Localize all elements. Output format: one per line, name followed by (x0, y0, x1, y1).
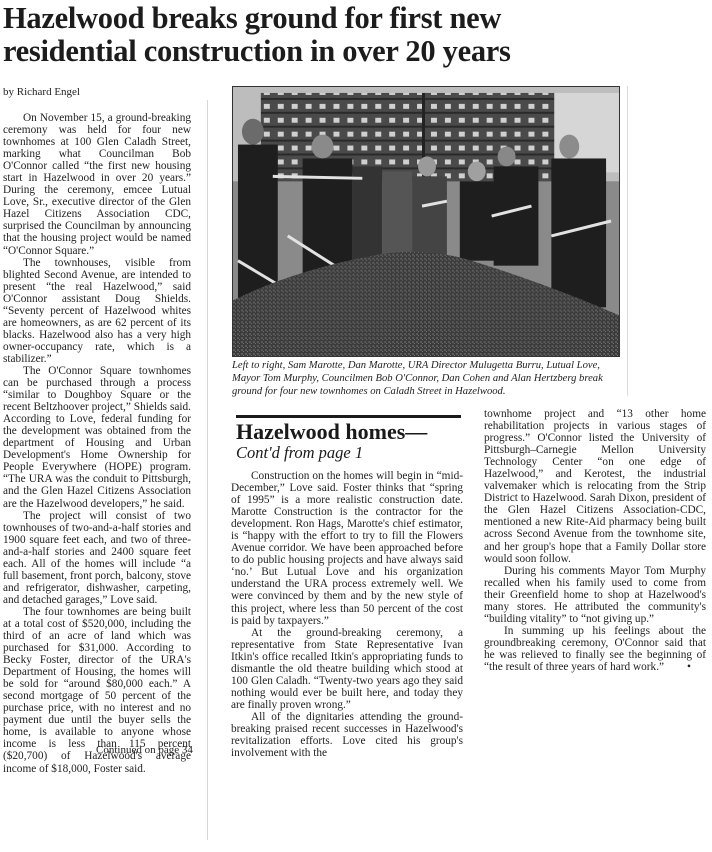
continuation-subtitle: Cont'd from page 1 (236, 444, 363, 462)
continuation-right-column: townhome project and “13 other home reha… (484, 408, 706, 673)
byline: by Richard Engel (3, 86, 80, 98)
paragraph: At the ground-breaking ceremony, a repre… (231, 627, 463, 711)
paragraph: On November 15, a ground-breaking ceremo… (3, 112, 191, 257)
headline-line-1: Hazelwood breaks ground for first new (3, 1, 501, 35)
paragraph: During his comments Mayor Tom Murphy rec… (484, 565, 706, 625)
headline: Hazelwood breaks ground for first new re… (3, 2, 603, 68)
paragraph: In summing up his feelings about the gro… (484, 625, 706, 673)
article-left-column: On November 15, a ground-breaking ceremo… (3, 112, 191, 775)
headline-line-2: residential construction in over 20 year… (3, 34, 511, 68)
paragraph: The townhouses, visible from blighted Se… (3, 257, 191, 365)
paragraph: Construction on the homes will begin in … (231, 470, 463, 627)
column-divider (207, 100, 208, 840)
paragraph: The project will consist of two townhous… (3, 510, 191, 606)
paragraph: The O'Connor Square townhomes can be pur… (3, 365, 191, 510)
end-mark-icon: • (667, 661, 691, 673)
section-rule (236, 415, 461, 418)
photo-image (233, 87, 619, 356)
continued-note: Continued on page 34 (96, 744, 193, 756)
photo-caption: Left to right, Sam Marotte, Dan Marotte,… (232, 359, 624, 398)
paragraph: All of the dignitaries attending the gro… (231, 711, 463, 759)
paragraph: townhome project and “13 other home reha… (484, 408, 706, 565)
ceremony-photo (232, 86, 620, 357)
continuation-middle-column: Construction on the homes will begin in … (231, 470, 463, 759)
continuation-title: Hazelwood homes— (236, 420, 427, 444)
column-divider (627, 86, 628, 396)
